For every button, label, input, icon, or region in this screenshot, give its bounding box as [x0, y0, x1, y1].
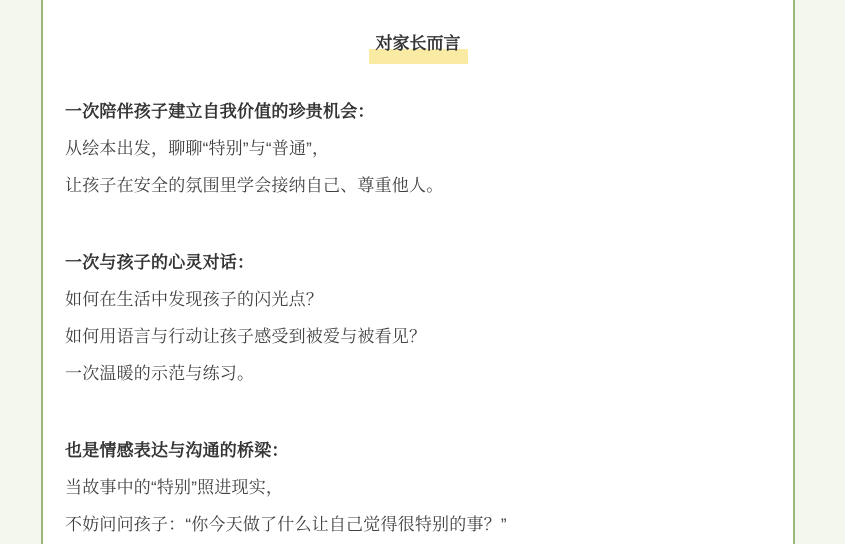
- section-heading: 一次陪伴孩子建立自我价值的珍贵机会：: [65, 93, 763, 130]
- section-line: 如何用语言与行动让孩子感受到被爱与被看见？: [65, 318, 763, 355]
- section-line: 不妨问问孩子：“你今天做了什么让自己觉得很特别的事？”: [65, 506, 763, 543]
- section-line: 当故事中的“特别”照进现实，: [65, 469, 763, 506]
- article-content: 对家长而言 一次陪伴孩子建立自我价值的珍贵机会： 从绘本出发，聊聊“特别”与“普…: [41, 0, 795, 544]
- section-line: 从绘本出发，聊聊“特别”与“普通”，: [65, 130, 763, 167]
- section-line: 如何在生活中发现孩子的闪光点？: [65, 281, 763, 318]
- section-line: 一次温暖的示范与练习。: [65, 355, 763, 392]
- section-heart-dialogue: 一次与孩子的心灵对话： 如何在生活中发现孩子的闪光点？ 如何用语言与行动让孩子感…: [65, 244, 763, 392]
- article-body: 一次陪伴孩子建立自我价值的珍贵机会： 从绘本出发，聊聊“特别”与“普通”， 让孩…: [43, 64, 793, 543]
- article-title: 对家长而言: [369, 31, 468, 64]
- article-title-wrap: 对家长而言: [43, 0, 793, 64]
- section-line: 让孩子在安全的氛围里学会接纳自己、尊重他人。: [65, 167, 763, 204]
- section-emotion-bridge: 也是情感表达与沟通的桥梁： 当故事中的“特别”照进现实， 不妨问问孩子：“你今天…: [65, 432, 763, 543]
- section-self-worth: 一次陪伴孩子建立自我价值的珍贵机会： 从绘本出发，聊聊“特别”与“普通”， 让孩…: [65, 93, 763, 204]
- section-heading: 也是情感表达与沟通的桥梁：: [65, 432, 763, 469]
- section-heading: 一次与孩子的心灵对话：: [65, 244, 763, 281]
